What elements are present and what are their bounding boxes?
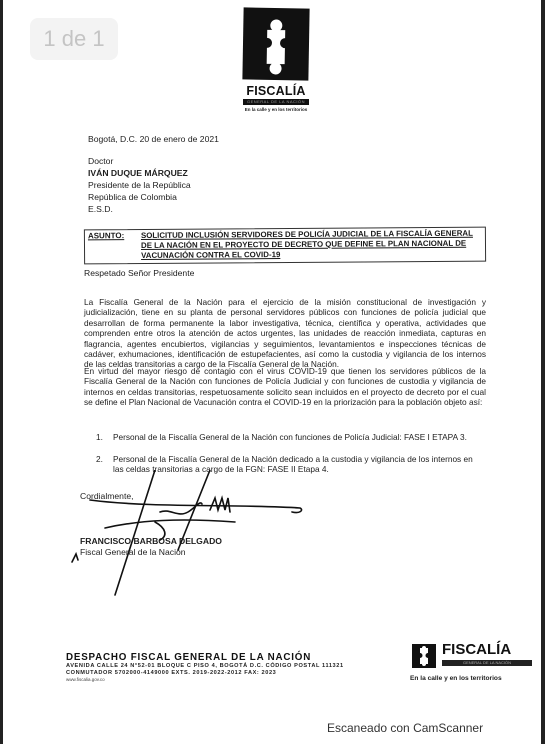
- viewer-frame-right: [541, 0, 545, 744]
- letterhead-brand: FISCALÍA: [243, 84, 309, 98]
- subject-text: SOLICITUD INCLUSIÓN SERVIDORES DE POLICÍ…: [141, 229, 483, 261]
- signer-title: Fiscal General de la Nación: [80, 547, 186, 557]
- recipient-abbrev: E.S.D.: [88, 203, 191, 215]
- footer-address: AVENIDA CALLE 24 N°52-01 BLOQUE C PISO 4…: [66, 663, 344, 670]
- footer-brand: FISCALÍA: [442, 641, 511, 658]
- puzzle-piece-icon: [242, 7, 309, 80]
- recipient-name: IVÁN DUQUE MÁRQUEZ: [88, 167, 191, 179]
- list-item-number: 2.: [96, 454, 103, 464]
- body-paragraph: La Fiscalía General de la Nación para el…: [84, 297, 486, 370]
- body-paragraph: En virtud del mayor riesgo de contagio c…: [84, 366, 486, 408]
- footer-website: www.fiscalia.gov.co: [66, 677, 344, 683]
- footer-office: DESPACHO FISCAL GENERAL DE LA NACIÓN: [66, 652, 344, 663]
- list-item-number: 1.: [96, 432, 103, 442]
- greeting: Respetado Señor Presidente: [84, 268, 194, 278]
- letterhead-subtitle: GENERAL DE LA NACIÓN: [243, 99, 309, 105]
- viewer-frame-left: [0, 0, 3, 744]
- recipient-block: Doctor IVÁN DUQUE MÁRQUEZ Presidente de …: [88, 155, 191, 215]
- subject-box: ASUNTO: SOLICITUD INCLUSIÓN SERVIDORES D…: [84, 227, 486, 265]
- letterhead-tagline: En la calle y en los territorios: [243, 107, 309, 112]
- list-item-text: Personal de la Fiscalía General de la Na…: [113, 432, 483, 442]
- footer-brand-subtitle: GENERAL DE LA NACIÓN: [442, 660, 532, 666]
- footer-tagline: En la calle y en los territorios: [410, 675, 502, 682]
- subject-label: ASUNTO:: [88, 231, 124, 240]
- handwritten-signature: [60, 470, 320, 600]
- footer-phone: CONMUTADOR 5702000-4149000 EXTS. 2019-20…: [66, 670, 344, 677]
- page-counter: 1 de 1: [30, 18, 118, 60]
- recipient-position: Presidente de la República: [88, 179, 191, 191]
- footer-contact: DESPACHO FISCAL GENERAL DE LA NACIÓN AVE…: [66, 652, 344, 683]
- recipient-salutation: Doctor: [88, 155, 191, 167]
- letterhead-logo: FISCALÍA GENERAL DE LA NACIÓN En la call…: [243, 8, 309, 112]
- recipient-country: República de Colombia: [88, 191, 191, 203]
- signer-name: FRANCISCO BARBOSA DELGADO: [80, 536, 222, 546]
- city-date: Bogotá, D.C. 20 de enero de 2021: [88, 134, 219, 144]
- scanner-watermark: Escaneado con CamScanner: [327, 721, 483, 735]
- puzzle-piece-icon: [412, 644, 436, 668]
